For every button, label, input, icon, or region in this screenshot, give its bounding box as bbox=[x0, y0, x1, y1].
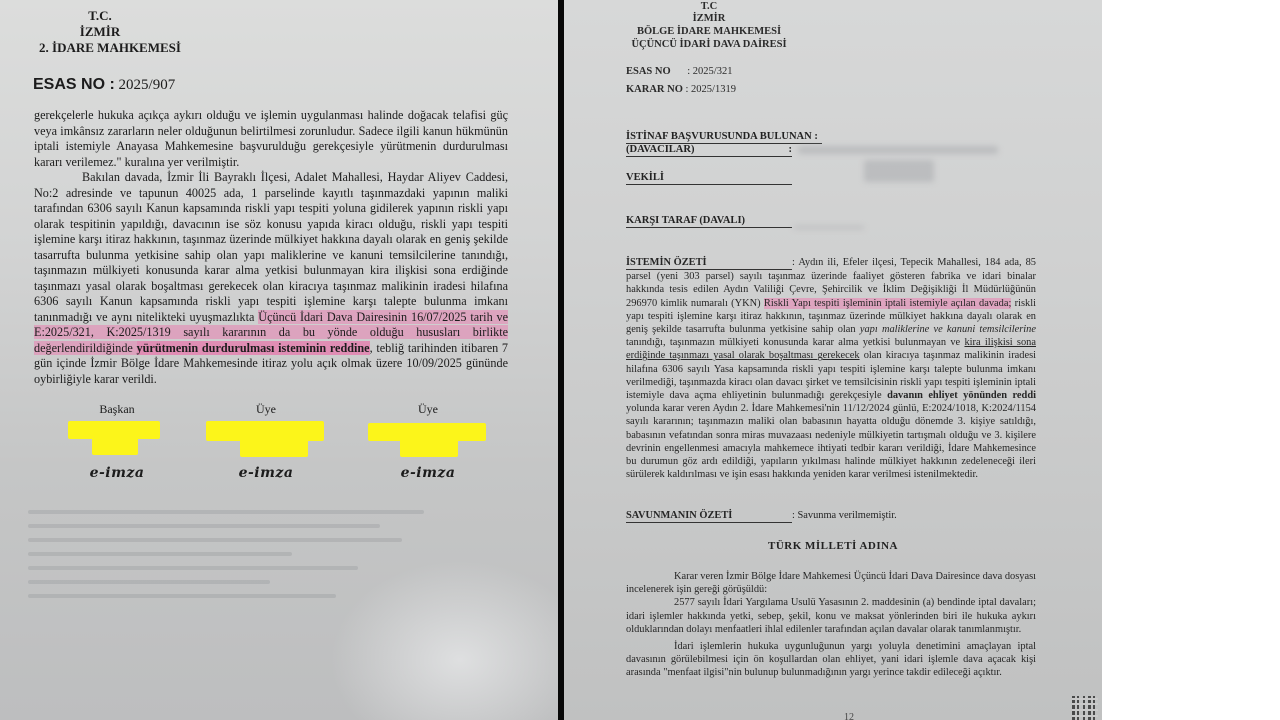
highlighted-claim: Riskli Yapı tespiti işleminin iptali ist… bbox=[764, 298, 1011, 309]
esas-no: ESAS NO : 2025/907 bbox=[33, 76, 175, 94]
redacted-plaintiff-detail bbox=[864, 160, 934, 182]
signature-role: Başkan bbox=[62, 402, 172, 417]
esas-no-value: : 2025/321 bbox=[687, 66, 732, 77]
davacilar-colon: : bbox=[789, 144, 793, 155]
paragraph-2-text: Bakılan davada, İzmir İli Bayraklı İlçes… bbox=[34, 170, 508, 324]
savunmanin-ozeti: SAVUNMANIN ÖZETİ: Savunma verilmemiştir. bbox=[626, 509, 1036, 523]
italic-phrase: yapı maliklerine ve kanuni temsilcilerin… bbox=[860, 324, 1036, 335]
karar-no: KARAR NO : 2025/1319 bbox=[626, 84, 736, 95]
davacilar-label-text: (DAVACILAR) bbox=[626, 144, 694, 155]
istemin-ozeti-label: İSTEMİN ÖZETİ bbox=[626, 256, 792, 270]
karar-no-label: KARAR NO bbox=[626, 84, 683, 95]
signature-member-2: Üye e-imza bbox=[368, 402, 488, 481]
signature-block: Başkan e-imza Üye e-imza Üye e-imza bbox=[0, 402, 558, 492]
karsi-taraf-label: KARŞI TARAF (DAVALI) bbox=[626, 215, 792, 228]
court-header-line3: BÖLGE İDARE MAHKEMESİ bbox=[594, 25, 824, 38]
reasoning-paragraph-1: Karar veren İzmir Bölge İdare Mahkemesi … bbox=[626, 570, 1036, 596]
highlighted-ruling: yürütmenin durdurulması isteminin reddin… bbox=[137, 341, 370, 355]
court-header-line2: İZMİR bbox=[0, 24, 200, 40]
redacted-plaintiff bbox=[798, 146, 998, 154]
page-number: 12 bbox=[844, 712, 854, 720]
istemin-ozeti-text: yolunda karar veren Aydın 2. İdare Mahke… bbox=[626, 403, 1036, 480]
e-signature: e-imza bbox=[368, 465, 488, 481]
redaction-mark bbox=[368, 419, 488, 459]
reasoning-paragraph-2: 2577 sayılı İdari Yargılama Usulü Yasası… bbox=[626, 596, 1036, 636]
redaction-mark bbox=[62, 419, 172, 459]
istemin-ozeti: İSTEMİN ÖZETİ: Aydın ili, Efeler ilçesi,… bbox=[626, 256, 1036, 481]
signature-role: Üye bbox=[368, 402, 488, 417]
paragraph-2: Bakılan davada, İzmir İli Bayraklı İlçes… bbox=[34, 170, 508, 387]
section-title: TÜRK MİLLETİ ADINA bbox=[564, 540, 1102, 552]
court-header-line4: ÜÇÜNCÜ İDARİ DAVA DAİRESİ bbox=[594, 38, 824, 51]
e-signature: e-imza bbox=[206, 465, 326, 481]
esas-no-value: 2025/907 bbox=[119, 77, 176, 93]
esas-no-label: ESAS NO bbox=[626, 66, 671, 77]
bleed-through-text bbox=[28, 510, 468, 608]
e-signature: e-imza bbox=[62, 465, 172, 481]
karar-no-value: : 2025/1319 bbox=[686, 84, 736, 95]
istinaf-label: İSTİNAF BAŞVURUSUNDA BULUNAN : bbox=[626, 131, 822, 144]
court-header-line2: İZMİR bbox=[594, 12, 824, 25]
signature-president: Başkan e-imza bbox=[62, 402, 172, 481]
redaction-mark bbox=[206, 419, 326, 459]
esas-no: ESAS NO : 2025/321 bbox=[626, 66, 732, 77]
document-page-right: T.C İZMİR BÖLGE İDARE MAHKEMESİ ÜÇÜNCÜ İ… bbox=[564, 0, 1102, 720]
savunma-text: : Savunma verilmemiştir. bbox=[792, 510, 897, 521]
esas-no-label: ESAS NO : bbox=[33, 76, 115, 93]
reasoning-paragraph-3: İdari işlemlerin hukuka uygunluğunun yar… bbox=[626, 640, 1036, 680]
savunma-label: SAVUNMANIN ÖZETİ bbox=[626, 509, 792, 523]
vekili-label: VEKİLİ bbox=[626, 172, 792, 185]
decision-body: gerekçelerle hukuka açıkça aykırı olduğu… bbox=[34, 108, 508, 387]
court-header-line3: 2. İDARE MAHKEMESİ bbox=[10, 40, 210, 56]
signature-member-1: Üye e-imza bbox=[206, 402, 326, 481]
court-header-line1: T.C. bbox=[0, 8, 200, 24]
paragraph-1: gerekçelerle hukuka açıkça aykırı olduğu… bbox=[34, 108, 508, 170]
davacilar-label: (DAVACILAR): bbox=[626, 144, 792, 157]
signature-role: Üye bbox=[206, 402, 326, 417]
bold-phrase: davanın ehliyet yönünden reddi bbox=[887, 390, 1036, 401]
istemin-ozeti-text: tanındığı, taşınmazın mülkiyeti konusund… bbox=[626, 337, 964, 348]
redacted-defendant bbox=[794, 226, 864, 229]
qr-code-icon bbox=[1072, 696, 1098, 720]
reasoning-body: Karar veren İzmir Bölge İdare Mahkemesi … bbox=[626, 570, 1036, 680]
document-page-left: T.C. İZMİR 2. İDARE MAHKEMESİ ESAS NO : … bbox=[0, 0, 558, 720]
